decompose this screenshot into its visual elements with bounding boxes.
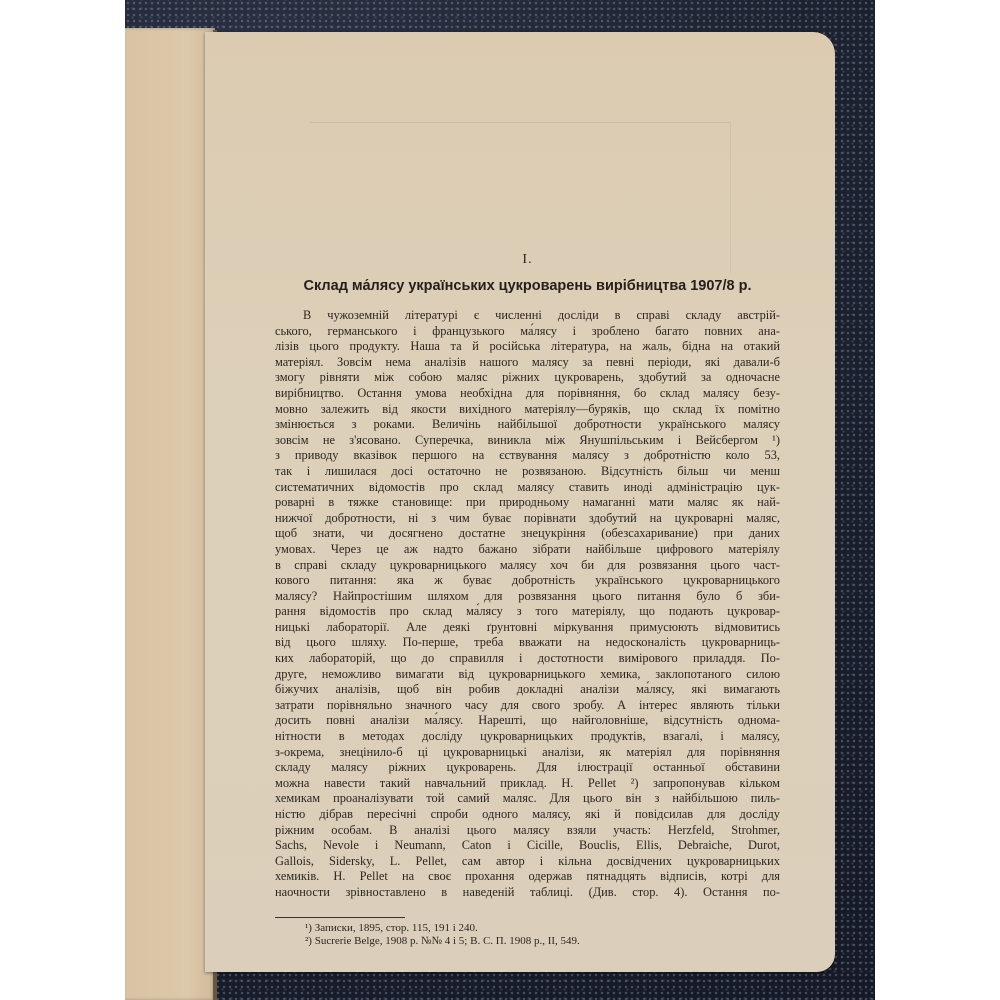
text-line: можна навести такий навчальний приклад. … xyxy=(275,776,780,792)
text-line: матеріял. Зовсім нема аналізів нашого ма… xyxy=(275,355,780,371)
text-line: змогу рівняти між собою маляс ріжних цук… xyxy=(275,370,780,386)
chapter-title: Склад ма́лясу українських цукроварень ви… xyxy=(275,278,780,294)
text-line: ких лабораторій, що до справилля і досто… xyxy=(275,651,780,667)
chapter-number: I. xyxy=(275,252,780,268)
text-line: наочности зрівноставлено в наведеній таб… xyxy=(275,885,780,901)
body-paragraph: В чужоземній літературі є численні дослі… xyxy=(275,308,780,901)
text-line: з-окрема, знецінило-б ці цукроварницькі … xyxy=(275,745,780,761)
text-line: хемиків. H. Pellet на своє прохання одер… xyxy=(275,869,780,885)
text-line: лізів цього продукту. Наша та й російськ… xyxy=(275,339,780,355)
book-photo: I. Склад ма́лясу українських цукроварень… xyxy=(125,0,875,1000)
text-line: друге, неможливо вимагати від цукроварни… xyxy=(275,667,780,683)
text-line: від цього шляху. По-перше, треба вважати… xyxy=(275,635,780,651)
text-line: щоб знати, чи досягнено достатне знецукр… xyxy=(275,526,780,542)
text-line: мовно залежить від якости вихідного мате… xyxy=(275,402,780,418)
text-line: зовсім не з'ясовано. Суперечка, виникла … xyxy=(275,433,780,449)
text-line: в справі складу цукроварницького малясу … xyxy=(275,558,780,574)
text-line: нітности в методах досліду цукроварницьк… xyxy=(275,729,780,745)
footnote-1: ¹) Записки, 1895, стор. 115, 191 і 240. xyxy=(305,922,780,935)
footnotes: ¹) Записки, 1895, стор. 115, 191 і 240. … xyxy=(275,922,780,948)
text-line: досить повні аналізи ма́лясу. Нарешті, щ… xyxy=(275,713,780,729)
left-page-edge xyxy=(125,28,215,1000)
text-line: ріжним особам. В аналізі цього малясу вз… xyxy=(275,823,780,839)
text-line: хемикам проаналізувати той самий маляс. … xyxy=(275,791,780,807)
text-line: нижчої добротности, ні з чим буває порів… xyxy=(275,511,780,527)
footnote-divider xyxy=(275,917,405,918)
bleed-through-area xyxy=(310,122,731,273)
text-line: В чужоземній літературі є численні дослі… xyxy=(275,308,780,324)
text-line: так і лишилася досі остаточно не розвяза… xyxy=(275,464,780,480)
text-line: складу малясу ріжних цукроварень. Для іл… xyxy=(275,760,780,776)
text-line: кового питання: яка ж буває добротність … xyxy=(275,573,780,589)
text-line: Gallois, Sidersky, L. Pellet, сам автор … xyxy=(275,854,780,870)
text-line: умовах. Через це аж надто бажано зібрати… xyxy=(275,542,780,558)
text-line: ницькі лабораторії. Але деякі ґрунтовні … xyxy=(275,620,780,636)
text-line: ністю дібрав пересічні спроби одного мал… xyxy=(275,807,780,823)
text-line: ського, германського і французького ма́л… xyxy=(275,324,780,340)
text-line: Sachs, Nevole i Neumann, Caton i Cicille… xyxy=(275,838,780,854)
text-line: рання відомостів про склад ма́лясу з тог… xyxy=(275,604,780,620)
page-content: I. Склад ма́лясу українських цукроварень… xyxy=(275,252,780,948)
text-line: роварні в тяжке становище: при природньо… xyxy=(275,495,780,511)
text-line: малясу? Найпростішим шляхом для розвязан… xyxy=(275,589,780,605)
text-line: затрати порівняльно значного часу для св… xyxy=(275,698,780,714)
text-line: біжучих аналізів, щоб він робив докладні… xyxy=(275,682,780,698)
text-line: вирібництво. Остання умова необхідна для… xyxy=(275,386,780,402)
text-line: з приводу вказівок першого на єствування… xyxy=(275,448,780,464)
text-line: змінюється з роками. Величінь найбільшої… xyxy=(275,417,780,433)
text-line: систематичних відомостів про склад маляс… xyxy=(275,480,780,496)
footnote-2: ²) Sucrerie Belge, 1908 р. №№ 4 і 5; В. … xyxy=(305,935,780,948)
